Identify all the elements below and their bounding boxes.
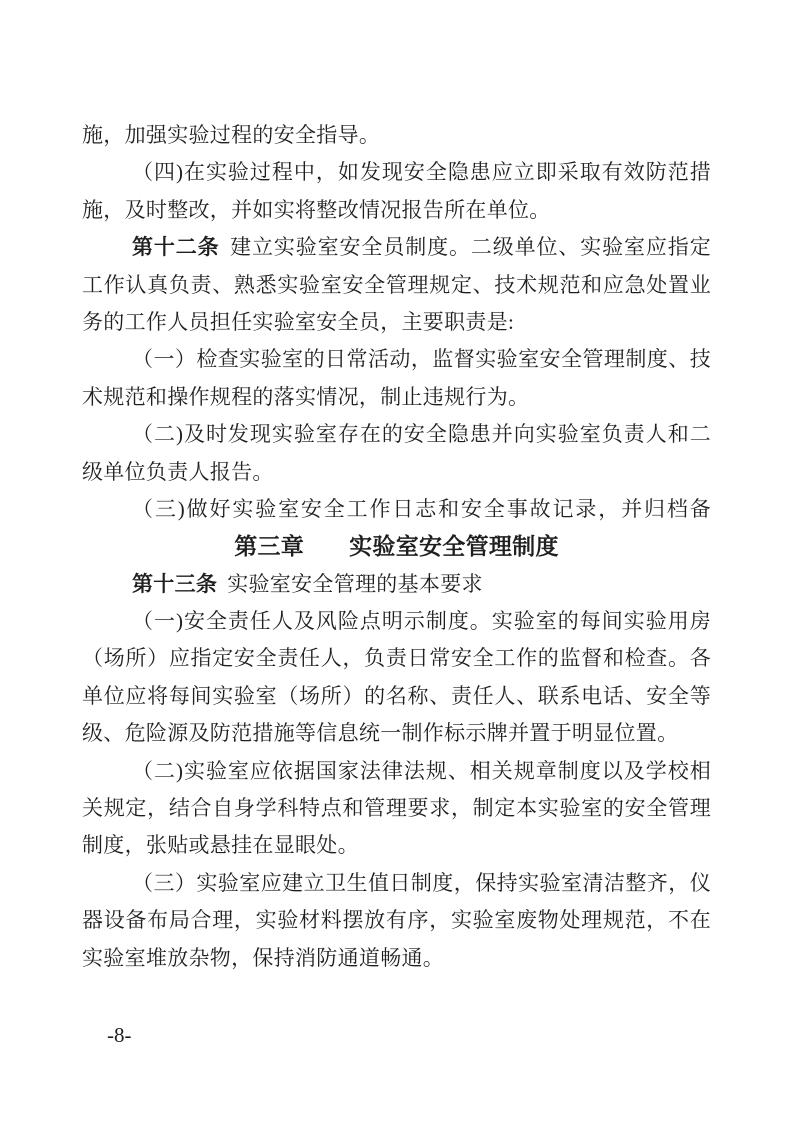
text-line: 关规定，结合自身学科特点和管理要求，制定本实验室的安全管理 — [82, 790, 711, 827]
chapter-title: 实验室安全管理制度 — [349, 533, 559, 559]
text-line: 制度，张贴或悬挂在显眼处。 — [82, 827, 711, 864]
text-line: 实验室堆放杂物，保持消防通道畅通。 — [82, 940, 711, 977]
text-line: 级、危险源及防范措施等信息统一制作标示牌并置于明显位置。 — [82, 715, 711, 752]
text-line: 术规范和操作规程的落实情况，制止违规行为。 — [82, 379, 711, 416]
text-line: （一)安全责任人及风险点明示制度。实验室的每间实验用房 — [82, 603, 711, 640]
chapter-number: 第三章 — [234, 533, 304, 559]
text-line: 单位应将每间实验室（场所）的名称、责任人、联系电话、安全等 — [82, 678, 711, 715]
chapter-heading: 第三章实验室安全管理制度 — [82, 528, 711, 565]
document-body: 施，加强实验过程的安全指导。 （四)在实验过程中，如发现安全隐患应立即采取有效防… — [82, 117, 711, 977]
document-page: 施，加强实验过程的安全指导。 （四)在实验过程中，如发现安全隐患应立即采取有效防… — [0, 0, 793, 1122]
text-line: 务的工作人员担任实验室安全员，主要职责是: — [82, 304, 711, 341]
text-line-article-13: 第十三条实验室安全管理的基本要求 — [82, 566, 711, 603]
text-line: （四)在实验过程中，如发现安全隐患应立即采取有效防范措 — [82, 154, 711, 191]
text-line: 施，及时整改，并如实将整改情况报告所在单位。 — [82, 192, 711, 229]
page-number: -8- — [107, 1024, 132, 1047]
text-line: （二)及时发现实验室存在的安全隐患并向实验室负责人和二 — [82, 416, 711, 453]
text-line-article-12: 第十二条建立实验室安全员制度。二级单位、实验室应指定 — [82, 229, 711, 266]
text-line: （三）实验室应建立卫生值日制度，保持实验室清洁整齐，仪 — [82, 865, 711, 902]
text-line: 级单位负责人报告。 — [82, 454, 711, 491]
text-line: 工作认真负责、熟悉实验室安全管理规定、技术规范和应急处置业 — [82, 267, 711, 304]
text-line: （场所）应指定安全责任人，负责日常安全工作的监督和检查。各 — [82, 640, 711, 677]
text-line: （三)做好实验室安全工作日志和安全事故记录，并归档备查。 — [82, 491, 711, 528]
text-line: 器设备布局合理，实验材料摆放有序，实验室废物处理规范，不在 — [82, 902, 711, 939]
text-line: 施，加强实验过程的安全指导。 — [82, 117, 711, 154]
article-number: 第十二条 — [132, 235, 220, 259]
article-text: 建立实验室安全员制度。二级单位、实验室应指定 — [230, 235, 711, 259]
article-text: 实验室安全管理的基本要求 — [227, 572, 483, 596]
text-line: （二)实验室应依据国家法律法规、相关规章制度以及学校相 — [82, 753, 711, 790]
article-number: 第十三条 — [132, 572, 217, 596]
text-line: （一）检查实验室的日常活动，监督实验室安全管理制度、技 — [82, 341, 711, 378]
